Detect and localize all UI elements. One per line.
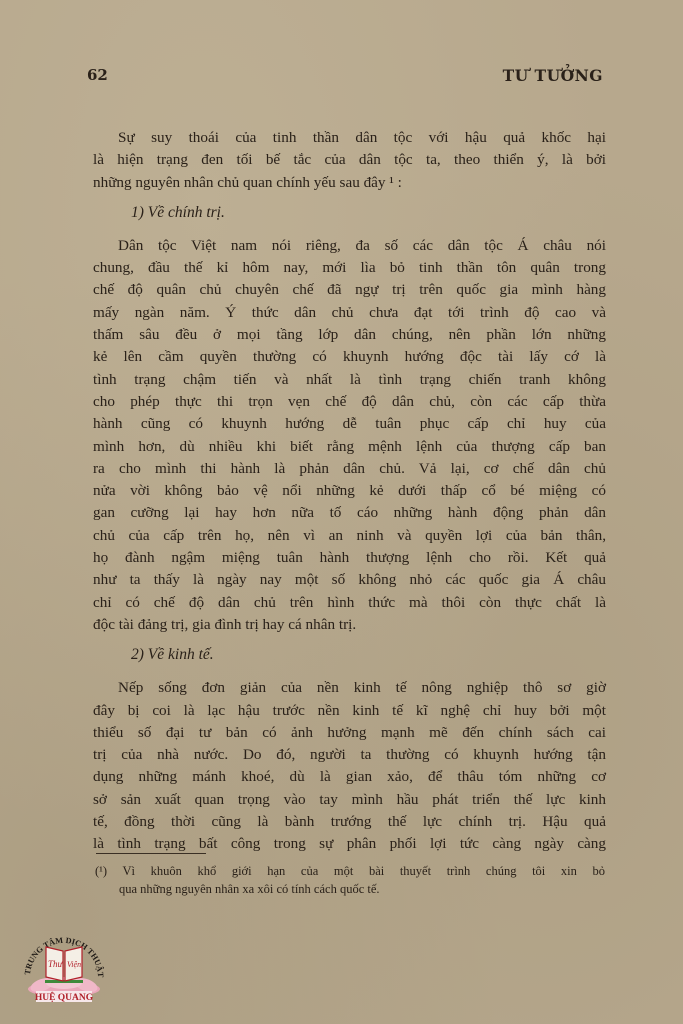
text-line: đây bị coi là lạc hậu trước nền kinh tế … xyxy=(93,700,606,722)
text-line: trị của nhà nước. Do đó, người ta thường… xyxy=(93,744,606,766)
text-line: cho phép thực thi trọn vẹn chế độ dân ch… xyxy=(93,391,606,413)
text-line: như ta thấy là ngày nay một số không nhỏ… xyxy=(93,569,606,591)
text-line: gan cưỡng lại hay hơn nữa tố cáo những h… xyxy=(93,502,606,524)
translation-center-emblem-icon: TRUNG TÂM DỊCH THUẬT HÁN NÔM Thư Viện HU… xyxy=(18,925,110,1011)
text-line: ra cho mình thi hành là phản dân chủ. Vả… xyxy=(93,458,606,480)
text-line: chủ của cấp trên họ, nên vì an ninh và q… xyxy=(93,525,606,547)
text-line: độc tài đảng trị, gia đình trị hay cá nh… xyxy=(93,614,606,636)
text-line: hành cũng có khuynh hướng dễ tuân phục c… xyxy=(93,413,606,435)
page-body: Sự suy thoái của tinh thần dân tộc với h… xyxy=(93,127,606,856)
running-title: TƯ TƯỞNG xyxy=(503,66,603,85)
economy-paragraph: Nếp sống đơn giản của nền kinh tế nông n… xyxy=(93,677,606,855)
text-line: là hiện trạng đen tối bế tắc của dân tộc… xyxy=(93,149,606,171)
page-header: 62 TƯ TƯỞNG xyxy=(87,66,603,90)
section-heading-politics: 1) Về chính trị. xyxy=(93,204,606,222)
text-line: dụng những mánh khoé, dù là gian xảo, để… xyxy=(93,766,606,788)
intro-paragraph: Sự suy thoái của tinh thần dân tộc với h… xyxy=(93,127,606,194)
footnote-line: (¹) Vì khuôn khổ giới hạn của một bài th… xyxy=(95,862,605,880)
text-line: sở sản xuất quan trọng vào tay mình hầu … xyxy=(93,789,606,811)
text-line: chế độ quân chủ chuyên chế đã ngự trị tr… xyxy=(93,279,606,301)
scanned-book-page: 62 TƯ TƯỞNG Sự suy thoái của tinh thần d… xyxy=(0,0,683,1024)
text-line: kẻ lên cầm quyền thường có khuynh hướng … xyxy=(93,346,606,368)
text-line: nửa vời không bảo vệ nổi những kẻ dưới t… xyxy=(93,480,606,502)
text-line: mình hơn, dù nhiều khi biết rằng mệnh lệ… xyxy=(93,436,606,458)
politics-paragraph: Dân tộc Việt nam nói riêng, đa số các dâ… xyxy=(93,235,606,636)
text-line: thiểu số đại tư bản có ảnh hưởng mạnh mẽ… xyxy=(93,722,606,744)
footnote: (¹) Vì khuôn khổ giới hạn của một bài th… xyxy=(95,862,605,898)
hue-quang-logo: TRUNG TÂM DỊCH THUẬT HÁN NÔM Thư Viện HU… xyxy=(18,925,110,1011)
text-line: Sự suy thoái của tinh thần dân tộc với h… xyxy=(93,127,606,149)
page-number: 62 xyxy=(87,66,108,84)
section-heading-economy: 2) Về kinh tế. xyxy=(93,646,606,664)
text-line: tình trạng chậm tiến và nhất là tình trạ… xyxy=(93,369,606,391)
text-line: Dân tộc Việt nam nói riêng, đa số các dâ… xyxy=(93,235,606,257)
text-line: những nguyên nhân chủ quan chính yếu sau… xyxy=(93,172,606,194)
footnote-divider xyxy=(96,853,206,854)
logo-book-right: Viện xyxy=(67,960,81,969)
text-line: tế, đồng thời cũng là bành trướng thế lự… xyxy=(93,811,606,833)
text-line: chỉ có chế độ dân chủ trên hình thức mà … xyxy=(93,592,606,614)
logo-book-left: Thư xyxy=(48,959,64,969)
text-line: mấy ngàn năm. Ý thức dân chủ chưa đạt tớ… xyxy=(93,302,606,324)
text-line: Nếp sống đơn giản của nền kinh tế nông n… xyxy=(93,677,606,699)
text-line: thấm sâu đều ở mọi tầng lớp dân chúng, n… xyxy=(93,324,606,346)
footnote-line: qua những nguyên nhân xa xôi có tính các… xyxy=(95,880,605,898)
text-line: họ đành ngậm miệng tuân hành thượng lệnh… xyxy=(93,547,606,569)
text-line: chung, đầu thế kỉ hôm nay, mới lìa bỏ ti… xyxy=(93,257,606,279)
